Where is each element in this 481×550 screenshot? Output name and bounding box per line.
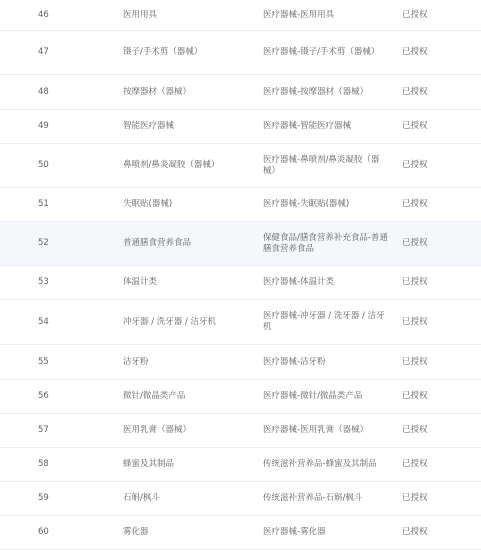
table-row[interactable]: 58蜂蜜及其制品传统滋补营养品-蜂蜜及其制品已授权 [0,448,481,482]
status-badge: 已授权 [400,277,481,288]
category-name: 蜂蜜及其制品 [123,459,263,470]
category-path: 医疗器械-微针/微晶类产品 [263,391,400,402]
status-badge: 已授权 [400,527,481,538]
category-name: 按摩器材（器械） [123,87,263,98]
status-badge: 已授权 [400,238,481,249]
authorization-table: 46医用用具医疗器械-医用用具已授权47镊子/手术剪（器械）医疗器械-镊子/手术… [0,0,481,550]
row-index: 60 [0,527,123,538]
row-index: 48 [0,87,123,98]
category-name: 冲牙器 / 洗牙器 / 洁牙机 [123,317,263,328]
row-index: 59 [0,493,123,504]
category-path: 医疗器械-冲牙器 / 洗牙器 / 洁牙机 [263,311,400,333]
table-row[interactable]: 47镊子/手术剪（器械）医疗器械-镊子/手术剪（器械）已授权 [0,31,481,75]
category-path: 医疗器械-雾化器 [263,527,400,538]
status-badge: 已授权 [400,87,481,98]
category-path: 医疗器械-洁牙粉 [263,357,400,368]
row-index: 50 [0,160,123,171]
table-row[interactable]: 50鼻喷剂/鼻炎凝胶（器械）医疗器械-鼻喷剂/鼻炎凝胶（器械）已授权 [0,144,481,188]
category-name: 失眠贴(器械) [123,199,263,210]
row-index: 52 [0,238,123,249]
status-badge: 已授权 [400,493,481,504]
status-badge: 已授权 [400,10,481,21]
category-name: 智能医疗器械 [123,121,263,132]
category-name: 普通膳食营养食品 [123,238,263,249]
row-index: 54 [0,317,123,328]
status-badge: 已授权 [400,317,481,328]
table-row[interactable]: 56微针/微晶类产品医疗器械-微针/微晶类产品已授权 [0,380,481,414]
category-path: 传统滋补营养品-蜂蜜及其制品 [263,459,400,470]
row-index: 57 [0,425,123,436]
category-path: 医疗器械-智能医疗器械 [263,121,400,132]
row-index: 58 [0,459,123,470]
status-badge: 已授权 [400,47,481,58]
category-name: 体温计类 [123,277,263,288]
category-name: 洁牙粉 [123,357,263,368]
status-badge: 已授权 [400,160,481,171]
status-badge: 已授权 [400,425,481,436]
category-path: 医疗器械-按摩器材（器械） [263,87,400,98]
category-name: 微针/微晶类产品 [123,391,263,402]
table-row[interactable]: 60雾化器医疗器械-雾化器已授权 [0,516,481,550]
category-path: 传统滋补营养品-石斛/枫斗 [263,493,400,504]
category-name: 石斛/枫斗 [123,493,263,504]
row-index: 51 [0,199,123,210]
row-index: 53 [0,277,123,288]
category-path: 医疗器械-医用乳膏（器械） [263,425,400,436]
table-row[interactable]: 46医用用具医疗器械-医用用具已授权 [0,0,481,31]
category-name: 医用乳膏（器械） [123,425,263,436]
table-row[interactable]: 55洁牙粉医疗器械-洁牙粉已授权 [0,345,481,380]
status-badge: 已授权 [400,357,481,368]
category-path: 保健食品/膳食营养补充食品-普通膳食营养食品 [263,233,400,255]
row-index: 56 [0,391,123,402]
status-badge: 已授权 [400,391,481,402]
status-badge: 已授权 [400,459,481,470]
category-path: 医疗器械-镊子/手术剪（器械） [263,47,400,58]
category-path: 医疗器械-医用用具 [263,10,400,21]
category-name: 鼻喷剂/鼻炎凝胶（器械） [123,160,263,171]
table-row[interactable]: 57医用乳膏（器械）医疗器械-医用乳膏（器械）已授权 [0,414,481,448]
category-name: 镊子/手术剪（器械） [123,47,263,58]
table-row[interactable]: 59石斛/枫斗传统滋补营养品-石斛/枫斗已授权 [0,482,481,516]
category-name: 雾化器 [123,527,263,538]
row-index: 46 [0,10,123,21]
category-path: 医疗器械-体温计类 [263,277,400,288]
category-name: 医用用具 [123,10,263,21]
table-row[interactable]: 54冲牙器 / 洗牙器 / 洁牙机医疗器械-冲牙器 / 洗牙器 / 洁牙机已授权 [0,300,481,345]
table-row[interactable]: 53体温计类医疗器械-体温计类已授权 [0,266,481,300]
table-row[interactable]: 52普通膳食营养食品保健食品/膳食营养补充食品-普通膳食营养食品已授权 [0,222,481,266]
table-row[interactable]: 49智能医疗器械医疗器械-智能医疗器械已授权 [0,110,481,144]
category-path: 医疗器械-鼻喷剂/鼻炎凝胶（器械） [263,155,400,177]
table-row[interactable]: 48按摩器材（器械）医疗器械-按摩器材（器械）已授权 [0,75,481,110]
status-badge: 已授权 [400,199,481,210]
status-badge: 已授权 [400,121,481,132]
row-index: 55 [0,357,123,368]
table-row[interactable]: 51失眠贴(器械)医疗器械-失眠贴(器械)已授权 [0,188,481,222]
row-index: 49 [0,121,123,132]
row-index: 47 [0,47,123,58]
category-path: 医疗器械-失眠贴(器械) [263,199,400,210]
